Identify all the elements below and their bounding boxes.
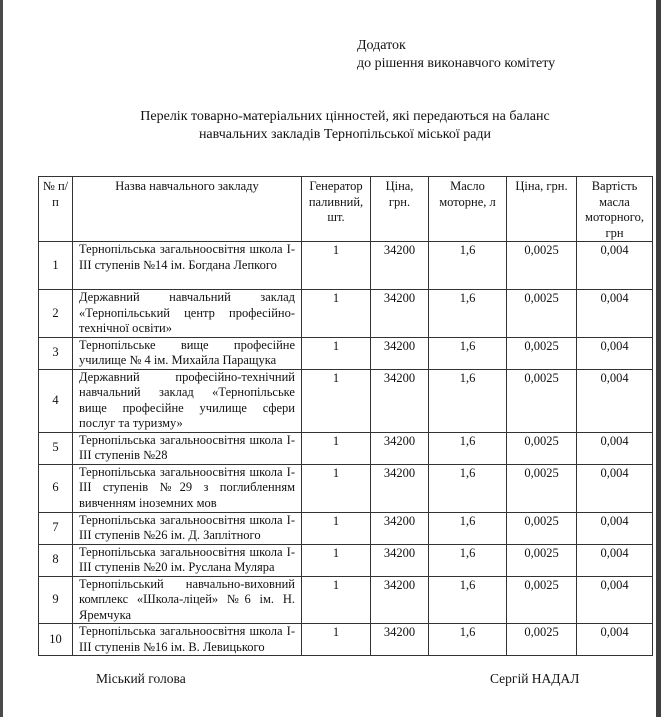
row-number: 2 [39, 290, 73, 338]
institution-name: Тернопільська загальноосвітня школа І-ІІ… [73, 464, 302, 512]
row-number: 7 [39, 512, 73, 544]
oil-cost: 0,004 [577, 369, 653, 432]
table-row: 2Державний навчальний заклад «Тернопільс… [39, 290, 653, 338]
generator-qty: 1 [302, 544, 371, 576]
oil-cost: 0,004 [577, 337, 653, 369]
generator-price: 34200 [371, 242, 429, 290]
header-number: № п/п [39, 177, 73, 242]
table-row: 10Тернопільська загальноосвітня школа І-… [39, 624, 653, 656]
oil-qty: 1,6 [429, 242, 507, 290]
institution-name: Державний професійно-технічний навчальни… [73, 369, 302, 432]
row-number: 1 [39, 242, 73, 290]
generator-qty: 1 [302, 369, 371, 432]
generator-price: 34200 [371, 544, 429, 576]
row-number: 8 [39, 544, 73, 576]
title-line-1: Перелік товарно-матеріальних цінностей, … [60, 108, 630, 126]
institution-name: Тернопільське вище професійне училище № … [73, 337, 302, 369]
oil-qty: 1,6 [429, 290, 507, 338]
generator-qty: 1 [302, 290, 371, 338]
generator-qty: 1 [302, 464, 371, 512]
generator-qty: 1 [302, 512, 371, 544]
oil-cost: 0,004 [577, 432, 653, 464]
signature-name: Сергій НАДАЛ [490, 671, 579, 687]
oil-price: 0,0025 [507, 576, 577, 624]
institution-name: Тернопільська загальноосвітня школа І-ІІ… [73, 432, 302, 464]
oil-price: 0,0025 [507, 512, 577, 544]
oil-cost: 0,004 [577, 290, 653, 338]
addendum-line-2: до рішення виконавчого комітету [357, 55, 555, 73]
header-institution-name: Назва навчального закладу [73, 177, 302, 242]
page-edge-left [0, 0, 3, 717]
oil-cost: 0,004 [577, 464, 653, 512]
oil-qty: 1,6 [429, 369, 507, 432]
generator-qty: 1 [302, 432, 371, 464]
generator-qty: 1 [302, 242, 371, 290]
generator-price: 34200 [371, 337, 429, 369]
generator-qty: 1 [302, 576, 371, 624]
oil-qty: 1,6 [429, 432, 507, 464]
generator-price: 34200 [371, 512, 429, 544]
addendum-line-1: Додаток [357, 37, 555, 55]
oil-qty: 1,6 [429, 464, 507, 512]
assets-table: № п/п Назва навчального закладу Генерато… [38, 176, 653, 656]
oil-cost: 0,004 [577, 544, 653, 576]
header-oil-cost: Вартість масла моторного, грн [577, 177, 653, 242]
oil-cost: 0,004 [577, 624, 653, 656]
oil-price: 0,0025 [507, 544, 577, 576]
header-oil-qty: Масло моторне, л [429, 177, 507, 242]
generator-price: 34200 [371, 290, 429, 338]
generator-qty: 1 [302, 624, 371, 656]
generator-price: 34200 [371, 464, 429, 512]
oil-qty: 1,6 [429, 576, 507, 624]
table-row: 6Тернопільська загальноосвітня школа І-І… [39, 464, 653, 512]
generator-price: 34200 [371, 432, 429, 464]
addendum-block: Додаток до рішення виконавчого комітету [357, 37, 555, 73]
table-row: 1Тернопільська загальноосвітня школа І-І… [39, 242, 653, 290]
row-number: 3 [39, 337, 73, 369]
oil-cost: 0,004 [577, 512, 653, 544]
header-generator-qty: Генератор паливний, шт. [302, 177, 371, 242]
oil-price: 0,0025 [507, 337, 577, 369]
oil-price: 0,0025 [507, 464, 577, 512]
generator-price: 34200 [371, 576, 429, 624]
document-title: Перелік товарно-матеріальних цінностей, … [60, 108, 630, 144]
row-number: 6 [39, 464, 73, 512]
header-oil-price: Ціна, грн. [507, 177, 577, 242]
institution-name: Тернопільський навчально-виховний компле… [73, 576, 302, 624]
table-row: 8Тернопільська загальноосвітня школа І-І… [39, 544, 653, 576]
table-row: 9Тернопільський навчально-виховний компл… [39, 576, 653, 624]
oil-qty: 1,6 [429, 544, 507, 576]
oil-cost: 0,004 [577, 576, 653, 624]
row-number: 4 [39, 369, 73, 432]
oil-price: 0,0025 [507, 624, 577, 656]
row-number: 5 [39, 432, 73, 464]
generator-price: 34200 [371, 369, 429, 432]
institution-name: Тернопільська загальноосвітня школа І-ІІ… [73, 512, 302, 544]
oil-price: 0,0025 [507, 432, 577, 464]
page-edge-right [656, 0, 661, 717]
header-generator-price: Ціна, грн. [371, 177, 429, 242]
oil-qty: 1,6 [429, 624, 507, 656]
oil-price: 0,0025 [507, 290, 577, 338]
title-line-2: навчальних закладів Тернопільської міськ… [60, 126, 630, 144]
institution-name: Державний навчальний заклад «Тернопільсь… [73, 290, 302, 338]
table-row: 7Тернопільська загальноосвітня школа І-І… [39, 512, 653, 544]
oil-price: 0,0025 [507, 369, 577, 432]
row-number: 9 [39, 576, 73, 624]
table-row: 5Тернопільська загальноосвітня школа І-І… [39, 432, 653, 464]
oil-price: 0,0025 [507, 242, 577, 290]
oil-cost: 0,004 [577, 242, 653, 290]
institution-name: Тернопільська загальноосвітня школа І-ІІ… [73, 624, 302, 656]
signature-position: Міський голова [96, 671, 186, 687]
oil-qty: 1,6 [429, 512, 507, 544]
table-row: 3Тернопільське вище професійне училище №… [39, 337, 653, 369]
table-header-row: № п/п Назва навчального закладу Генерато… [39, 177, 653, 242]
row-number: 10 [39, 624, 73, 656]
table-row: 4Державний професійно-технічний навчальн… [39, 369, 653, 432]
generator-price: 34200 [371, 624, 429, 656]
generator-qty: 1 [302, 337, 371, 369]
oil-qty: 1,6 [429, 337, 507, 369]
institution-name: Тернопільська загальноосвітня школа І-ІІ… [73, 544, 302, 576]
institution-name: Тернопільська загальноосвітня школа І-ІІ… [73, 242, 302, 290]
